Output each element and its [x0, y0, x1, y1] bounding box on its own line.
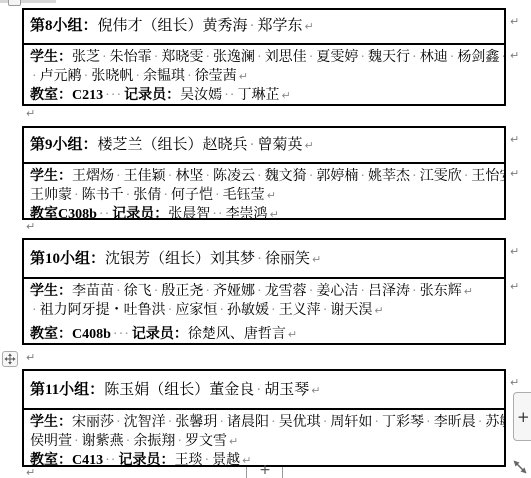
linebreak-mark: ↵ [268, 208, 279, 221]
text-segment-bold: 记录员： [124, 88, 180, 103]
text-segment-bold: 教室C308b [30, 207, 97, 222]
text-segment: 吴汝嫣 [180, 88, 222, 103]
text-segment: 陈书千 [82, 188, 124, 203]
text-segment-bold: 教室：C413 [30, 453, 103, 468]
text-segment-bold: 学生： [30, 169, 72, 184]
table-handle-fragment [8, 0, 21, 6]
text-segment: 沈银芳（组长）刘其梦 [105, 251, 255, 267]
linebreak-mark: ↵ [303, 139, 314, 152]
room-recorder-line: 教室C308b··记录员：张晨智··李崇鸿↵ [30, 205, 498, 224]
text-segment: 张芝 [72, 50, 100, 65]
paragraph-mark: ↵ [26, 108, 35, 119]
paragraph-mark: ↵ [26, 221, 35, 232]
text-segment: 诸晨阳 [227, 415, 269, 430]
text-segment: 王义萍 [279, 303, 321, 318]
linebreak-mark: ↵ [303, 20, 314, 33]
space-mark: · [321, 303, 331, 318]
group-table-8: 第8小组：倪伟才（组长）黄秀海·郑学东↵ 学生：张芝·朱怡霏·郑晓雯·张逸澜·刘… [22, 8, 506, 106]
space-mark: · [114, 284, 124, 299]
space-mark: · [133, 69, 143, 84]
space-mark: · [175, 434, 185, 449]
group-body-cell[interactable]: 学生：张芝·朱怡霏·郑晓雯·张逸澜·刘思佳·夏雯婷·魏天行·林迪·杨剑鑫·胡昊亮… [24, 45, 504, 105]
text-segment-bold: 第10小组： [30, 251, 105, 267]
text-segment: 宋丽莎 [72, 415, 114, 430]
text-segment: 卢元鹇 [40, 69, 82, 84]
text-segment: 徐楚风、唐哲言 [188, 327, 286, 342]
text-segment: 朱怡霏 [110, 50, 152, 65]
space-mark: ·· [210, 207, 225, 222]
space-mark: ··· [103, 88, 124, 103]
text-segment: 谢天淏 [330, 303, 372, 318]
space-mark: · [255, 169, 265, 184]
space-mark: ·· [222, 88, 237, 103]
move-cross-icon [4, 353, 16, 365]
text-segment: 吴优琪 [279, 415, 321, 430]
space-mark: · [202, 453, 212, 468]
student-line: ·卢元鹇·张晓帆·余韫琪·徐莹茜↵ [30, 67, 498, 86]
text-segment: 姚莘杰 [368, 169, 410, 184]
text-segment: 王帅蒙 [30, 188, 72, 203]
table-move-handle[interactable] [2, 351, 18, 367]
row-end-mark: ↵ [510, 281, 519, 292]
space-mark: · [152, 50, 162, 65]
group-body-cell[interactable]: 学生：李苗苗·徐飞·殷正尧·齐娅娜·龙雪蓉·姜心洁·吕泽涛·张东辉↵·祖力阿牙提… [24, 279, 504, 344]
student-line: 学生：王熠炀·王佳颖·林坚·陈凌云·魏文猗·郭婷楠·姚莘杰·江雯欣·王怡安·↵ [30, 167, 498, 186]
space-mark: · [72, 434, 82, 449]
space-mark: · [358, 50, 368, 65]
text-segment: 徐飞 [124, 284, 152, 299]
linebreak-mark: ↵ [265, 189, 276, 202]
text-segment: 苏敏 [485, 415, 504, 430]
linebreak-mark: ↵ [462, 285, 473, 298]
text-segment: 齐娅娜 [213, 284, 255, 299]
space-mark: · [30, 303, 40, 318]
group-body-cell[interactable]: 学生：王熠炀·王佳颖·林坚·陈凌云·魏文猗·郭婷楠·姚莘杰·江雯欣·王怡安·↵王… [24, 164, 504, 224]
space-mark: · [307, 50, 317, 65]
text-segment: 郑晓雯 [161, 50, 203, 65]
space-mark: · [114, 169, 124, 184]
room-recorder-line: 教室：C408b···记录员：徐楚风、唐哲言↵ [30, 325, 498, 344]
text-segment: 魏天行 [368, 50, 410, 65]
space-mark: ·· [103, 453, 118, 468]
text-segment: 龙雪蓉 [265, 284, 307, 299]
paragraph-mark: ↵ [26, 467, 35, 478]
text-segment-bold: 第8小组： [30, 18, 98, 34]
space-mark: · [424, 415, 434, 430]
text-segment: 余振翔 [133, 434, 175, 449]
space-mark: · [358, 169, 368, 184]
text-segment: 胡玉琴 [264, 382, 309, 398]
student-line: 侯明萱·谢紫燕·余振翔·罗文雪↵ [30, 432, 498, 451]
text-segment: 李崇鸿 [226, 207, 268, 222]
room-recorder-line: 教室：C213···记录员：吴汝嫣··丁琳芷↵ [30, 86, 498, 105]
linebreak-mark: ↵ [279, 89, 290, 102]
bottom-plus-button[interactable]: + [252, 463, 278, 477]
text-segment: 毛钰莹 [223, 188, 265, 203]
student-line: 学生：宋丽莎·沈智洋·张馨玥·诸晨阳·吴优琪·周轩如·丁彩琴·李昕晨·苏敏·范正… [30, 413, 498, 432]
text-segment: 张倩 [133, 188, 161, 203]
text-segment: 景越 [212, 453, 240, 468]
space-mark: · [248, 18, 258, 34]
text-segment: 余韫琪 [143, 69, 185, 84]
group-body-cell[interactable]: 学生：宋丽莎·沈智洋·张馨玥·诸晨阳·吴优琪·周轩如·丁彩琴·李昕晨·苏敏·范正… [24, 410, 504, 470]
bottom-divider-right [282, 467, 283, 478]
space-mark: · [82, 69, 92, 84]
text-segment: 王怡安 [471, 169, 504, 184]
space-mark: ··· [111, 327, 132, 342]
space-mark: · [254, 382, 264, 398]
group-header-line: 第9小组：楼芝兰（组长）赵晓兵·曾菊英↵ [30, 136, 498, 155]
space-mark: · [410, 284, 420, 299]
text-segment: 张东辉 [420, 284, 462, 299]
student-line: 学生：张芝·朱怡霏·郑晓雯·张逸澜·刘思佳·夏雯婷·魏天行·林迪·杨剑鑫·胡昊亮… [30, 48, 498, 67]
space-mark: · [410, 169, 420, 184]
space-mark: · [213, 188, 223, 203]
space-mark: · [307, 169, 317, 184]
text-segment: 应家恒 [175, 303, 217, 318]
space-mark: · [410, 50, 420, 65]
row-end-mark: ↵ [510, 50, 519, 61]
group-table-9: 第9小组：楼芝兰（组长）赵晓兵·曾菊英↵ 学生：王熠炀·王佳颖·林坚·陈凌云·魏… [22, 126, 506, 220]
group-header-line: 第8小组：倪伟才（组长）黄秀海·郑学东↵ [30, 17, 498, 36]
linebreak-mark: ↵ [240, 454, 251, 467]
group-header-cell[interactable]: 第11小组：陈玉娟（组长）董金良·胡玉琴↵ [24, 371, 504, 410]
text-segment: 丁琳芷 [237, 88, 279, 103]
linebreak-mark: ↵ [227, 435, 238, 448]
text-segment: 陈凌云 [213, 169, 255, 184]
text-segment: 林坚 [175, 169, 203, 184]
space-mark: · [30, 69, 40, 84]
linebreak-mark: ↵ [372, 304, 383, 317]
linebreak-mark: ↵ [309, 384, 320, 397]
space-mark: · [255, 284, 265, 299]
text-segment: 江雯欣 [420, 169, 462, 184]
expand-plus-button[interactable]: + [513, 392, 531, 441]
text-segment-bold: 教室：C408b [30, 327, 111, 342]
space-mark: · [448, 50, 458, 65]
space-mark: · [166, 169, 176, 184]
bottom-divider-left [246, 467, 247, 478]
text-segment: 吕泽涛 [368, 284, 410, 299]
linebreak-mark: ↵ [237, 70, 248, 83]
space-mark: · [100, 50, 110, 65]
space-mark: · [203, 169, 213, 184]
text-segment: 孙敏媛 [227, 303, 269, 318]
text-segment: 罗文雪 [185, 434, 227, 449]
text-segment: 曾菊英 [258, 137, 303, 153]
space-mark: · [185, 69, 195, 84]
space-mark: · [476, 415, 486, 430]
space-mark: · [203, 284, 213, 299]
text-segment: 林迪 [420, 50, 448, 65]
text-segment: 姜心洁 [316, 284, 358, 299]
group-table-11: 第11小组：陈玉娟（组长）董金良·胡玉琴↵ 学生：宋丽莎·沈智洋·张馨玥·诸晨阳… [22, 369, 506, 467]
text-segment-bold: 教室：C213 [30, 88, 103, 103]
text-segment-bold: 第11小组： [30, 382, 104, 398]
text-segment: 丁彩琴 [382, 415, 424, 430]
resize-diagonal-icon[interactable] [511, 458, 529, 476]
row-end-mark: ↵ [510, 16, 519, 27]
text-segment-bold: 学生： [30, 284, 72, 299]
space-mark: · [114, 415, 124, 430]
text-segment-bold: 记录员： [118, 453, 174, 468]
text-segment: 楼芝兰（组长）赵晓兵 [98, 137, 248, 153]
student-line: ·祖力阿牙提・吐鲁洪·应家恒·孙敏媛·王义萍·谢天淏↵ [30, 301, 498, 320]
text-segment: 刘思佳 [265, 50, 307, 65]
space-mark: · [307, 284, 317, 299]
space-mark: · [321, 415, 331, 430]
space-mark: · [358, 284, 368, 299]
text-segment: 李昕晨 [434, 415, 476, 430]
text-segment: 夏雯婷 [316, 50, 358, 65]
student-line: 学生：李苗苗·徐飞·殷正尧·齐娅娜·龙雪蓉·姜心洁·吕泽涛·张东辉↵ [30, 282, 498, 301]
space-mark: · [72, 188, 82, 203]
row-end-mark: ↵ [510, 377, 519, 388]
space-mark: · [203, 50, 213, 65]
text-segment-bold: 记录员： [112, 207, 168, 222]
text-segment: 张晓帆 [91, 69, 133, 84]
text-segment: 徐丽笑 [265, 251, 310, 267]
text-segment-bold: 记录员： [132, 327, 188, 342]
space-mark: · [152, 284, 162, 299]
text-segment: 王琰 [174, 453, 202, 468]
space-mark: · [462, 169, 472, 184]
text-segment: 祖力阿牙提・吐鲁洪 [40, 303, 166, 318]
paragraph-mark: ↵ [26, 352, 35, 363]
text-segment: 何子恺 [171, 188, 213, 203]
student-line: 王帅蒙·陈书千·张倩·何子恺·毛钰莹↵ [30, 186, 498, 205]
group-header-cell[interactable]: 第9小组：楼芝兰（组长）赵晓兵·曾菊英↵ [24, 128, 504, 164]
row-end-mark: ↵ [510, 246, 519, 257]
space-mark: · [269, 415, 279, 430]
group-table-10: 第10小组：沈银芳（组长）刘其梦·徐丽笑↵ 学生：李苗苗·徐飞·殷正尧·齐娅娜·… [22, 238, 506, 345]
text-segment: 郑学东 [258, 18, 303, 34]
text-segment: 王熠炀 [72, 169, 114, 184]
text-segment: 侯明萱 [30, 434, 72, 449]
space-mark: ·· [97, 207, 112, 222]
space-mark: · [248, 137, 258, 153]
space-mark: · [217, 415, 227, 430]
space-mark: · [269, 303, 279, 318]
text-segment-bold: 学生： [30, 50, 72, 65]
space-mark: · [166, 415, 176, 430]
text-segment: 郭婷楠 [316, 169, 358, 184]
text-segment: 殷正尧 [161, 284, 203, 299]
text-segment: 王佳颖 [124, 169, 166, 184]
group-header-cell[interactable]: 第10小组：沈银芳（组长）刘其梦·徐丽笑↵ [24, 240, 504, 279]
text-segment: 杨剑鑫 [457, 50, 499, 65]
group-header-line: 第10小组：沈银芳（组长）刘其梦·徐丽笑↵ [30, 250, 498, 269]
text-segment: 沈智洋 [124, 415, 166, 430]
text-segment: 陈玉娟（组长）董金良 [104, 382, 254, 398]
plus-icon: + [517, 408, 530, 426]
text-segment: 魏文猗 [265, 169, 307, 184]
text-segment: 张逸澜 [213, 50, 255, 65]
linebreak-mark: ↵ [310, 253, 321, 266]
text-segment: 李苗苗 [72, 284, 114, 299]
text-segment-bold: 学生： [30, 415, 72, 430]
space-mark: · [255, 251, 265, 267]
text-segment: 周轩如 [330, 415, 372, 430]
space-mark: · [499, 50, 504, 65]
space-mark: · [124, 188, 134, 203]
space-mark: · [217, 303, 227, 318]
row-end-mark: ↵ [510, 134, 519, 145]
text-segment-bold: 第9小组： [30, 137, 98, 153]
space-mark: · [124, 434, 134, 449]
text-segment: 张晨智 [168, 207, 210, 222]
group-header-cell[interactable]: 第8小组：倪伟才（组长）黄秀海·郑学东↵ [24, 10, 504, 45]
linebreak-mark: ↵ [286, 328, 297, 341]
text-segment: 谢紫燕 [82, 434, 124, 449]
group-header-line: 第11小组：陈玉娟（组长）董金良·胡玉琴↵ [30, 381, 498, 400]
space-mark: · [166, 303, 176, 318]
text-segment: 张馨玥 [175, 415, 217, 430]
row-end-mark: ↵ [510, 168, 519, 179]
text-segment: 徐莹茜 [195, 69, 237, 84]
space-mark: · [161, 188, 171, 203]
space-mark: · [255, 50, 265, 65]
space-mark: · [372, 415, 382, 430]
text-segment: 倪伟才（组长）黄秀海 [98, 18, 248, 34]
